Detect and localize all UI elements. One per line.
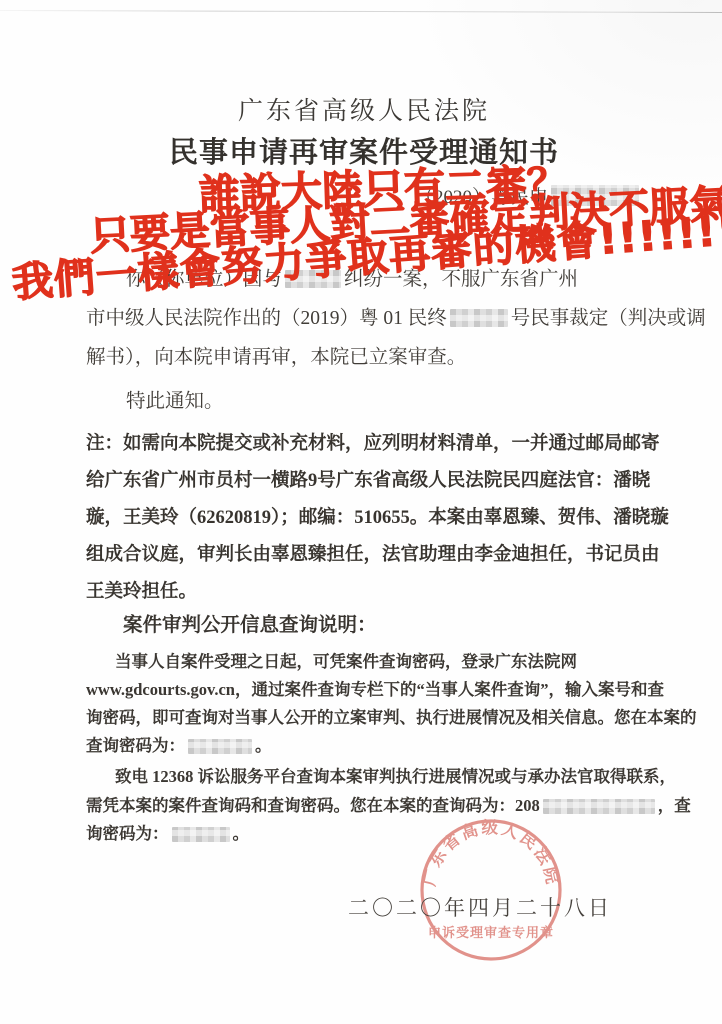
notice-line: 特此通知。 <box>86 382 642 421</box>
document-body: 广东省高级人民法院 民事申请再审案件受理通知书 （2020）粤民申 你（你单位）… <box>86 0 642 922</box>
court-name: 广东省高级人民法院 <box>86 0 642 127</box>
note-line: 王美玲担任。 <box>86 574 642 611</box>
query-line: www.gdcourts.gov.cn，通过案件查询专栏下的“当事人案件查询”，… <box>86 676 642 704</box>
paragraph-phone-query: 致电 12368 诉讼服务平台查询本案审判执行进展情况或与承办法官取得联系， 需… <box>86 763 642 849</box>
note-line: 给广东省广州市员村一横路9号广东省高级人民法院民四庭法官：潘晓 <box>86 463 642 500</box>
query-line: 需凭本案的案件查询码和查询密码。您在本案的查询码为：208，查 <box>86 792 642 821</box>
paragraph-web-query: 当事人自案件受理之日起，可凭案件查询密码，登录广东法院网 www.gdcourt… <box>86 648 642 760</box>
text-fragment: 。 <box>255 736 272 755</box>
query-line: 当事人自案件受理之日起，可凭案件查询密码，登录广东法院网 <box>86 648 642 676</box>
redacted-query-password <box>188 739 252 754</box>
document-page: 广东省高级人民法院 申诉受理审查专用章 广东省高级人民法院 民事申请再审案件受理… <box>0 0 722 1024</box>
text-fragment: ，查 <box>658 796 691 815</box>
note-line: 组成合议庭，审判长由辜恩臻担任，法官助理由李金迪担任，书记员由 <box>86 537 642 574</box>
redacted-query-password-2 <box>172 827 230 842</box>
text-fragment: 。 <box>233 824 250 843</box>
text-fragment: 询密码为： <box>86 824 169 843</box>
text-fragment: 市中级人民法院作出的（2019）粤 01 民终 <box>86 308 447 329</box>
query-info-heading: 案件审判公开信息查询说明： <box>86 612 642 639</box>
text-fragment: 号民事裁定（判决或调 <box>511 308 706 329</box>
text-fragment: 需凭本案的案件查询码和查询密码。您在本案的查询码为：208 <box>86 796 540 815</box>
paragraph-note: 注：如需向本院提交或补充材料，应列明材料清单，一并通过邮局邮寄 给广东省广州市员… <box>86 426 642 611</box>
redacted-query-code <box>543 799 655 814</box>
seal-bottom-text: 申诉受理审查专用章 <box>428 925 554 940</box>
query-line: 查询密码为：。 <box>86 732 642 760</box>
note-line: 璇，王美玲（62620819）；邮编：510655。本案由辜恩臻、贺伟、潘晓璇 <box>86 500 642 537</box>
redacted-ruling-number <box>450 309 508 327</box>
note-line: 注：如需向本院提交或补充材料，应列明材料清单，一并通过邮局邮寄 <box>86 426 642 463</box>
body-line: 解书），向本院申请再审，本院已立案审查。 <box>86 338 642 377</box>
query-line: 询密码为：。 <box>86 820 642 849</box>
query-line: 询密码，即可查询对当事人公开的立案审判、执行进展情况及相关信息。您在本案的 <box>86 704 642 732</box>
text-fragment: 查询密码为： <box>86 736 185 755</box>
body-line: 市中级人民法院作出的（2019）粤 01 民终号民事裁定（判决或调 <box>86 299 642 338</box>
document-date: 二〇二〇年四月二十八日 <box>86 895 642 922</box>
query-line: 致电 12368 诉讼服务平台查询本案审判执行进展情况或与承办法官取得联系， <box>86 763 642 792</box>
